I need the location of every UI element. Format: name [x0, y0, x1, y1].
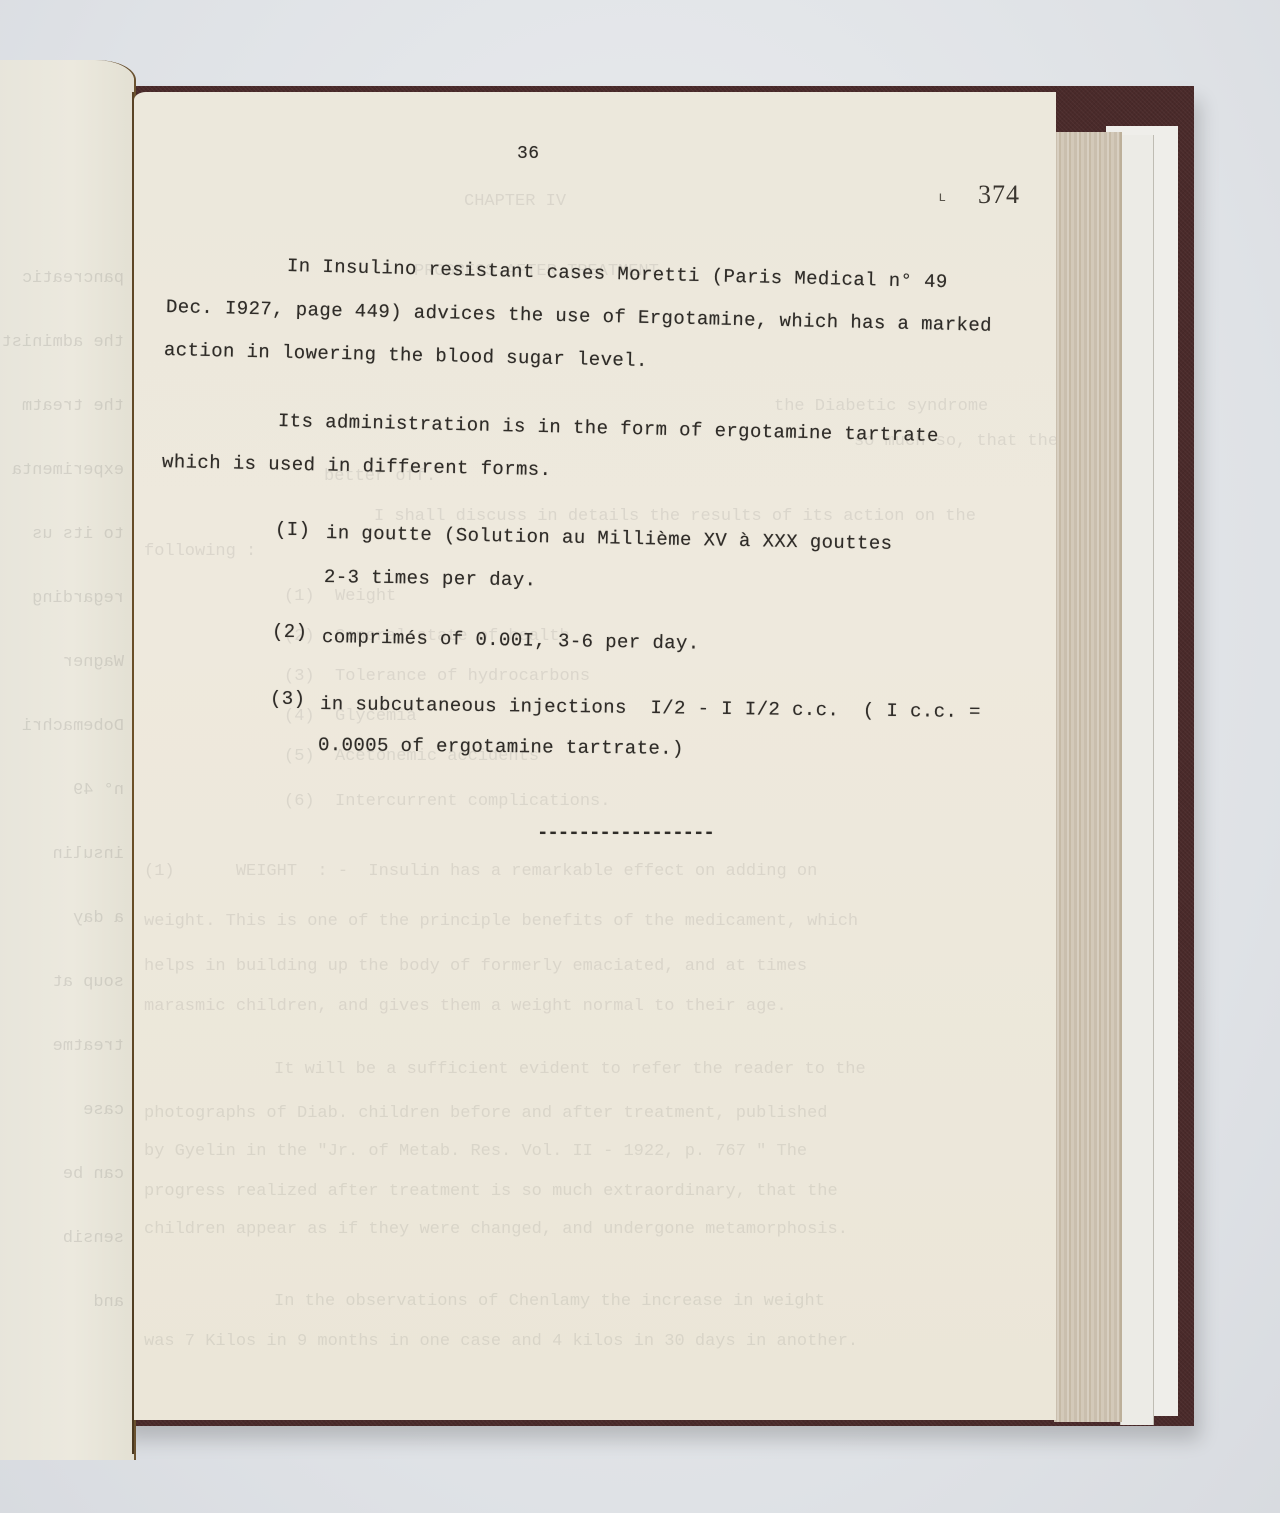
show-through-line: the Diabetic syndrome: [774, 397, 988, 416]
show-through-line: weight. This is one of the principle ben…: [144, 912, 858, 931]
show-through-line: (3) Tolerance of hydrocarbons: [284, 667, 590, 686]
left-show-through-line: pancreatic: [22, 270, 124, 287]
show-through-line: following :: [144, 542, 256, 561]
show-through-line: marasmic children, and gives them a weig…: [144, 997, 787, 1016]
show-through-line: by Gyelin in the "Jr. of Metab. Res. Vol…: [144, 1142, 807, 1161]
page-number: 36: [517, 144, 539, 164]
list-marker: (2): [272, 621, 307, 643]
show-through-line: progress realized after treatment is so …: [144, 1182, 838, 1201]
left-show-through-line: regarding: [32, 590, 124, 607]
show-through-line: (1) Weight: [284, 587, 396, 606]
show-through-line: In the observations of Chenlamy the incr…: [274, 1292, 825, 1311]
list-marker: (3): [270, 688, 305, 710]
left-show-through-line: sensib: [63, 1230, 124, 1247]
book-photograph: pancreaticthe administthe treatmexperime…: [0, 0, 1280, 1513]
left-show-through-line: to its us: [32, 526, 124, 543]
show-through-line: It will be a sufficient evident to refer…: [274, 1060, 866, 1079]
left-page: pancreaticthe administthe treatmexperime…: [0, 60, 134, 1460]
list-marker: (I): [275, 519, 310, 541]
left-show-through-line: the administ: [2, 334, 124, 351]
left-show-through-line: case: [83, 1102, 124, 1119]
left-show-through-line: Dobemachri: [22, 718, 124, 735]
left-show-through-line: can be: [63, 1166, 124, 1183]
left-show-through-line: experimenta: [12, 462, 124, 479]
left-show-through-line: and: [93, 1294, 124, 1311]
stamped-folio-number: 374: [978, 180, 1020, 210]
inserted-sheet-edge: [1120, 135, 1154, 1425]
show-through-line: children appear as if they were changed,…: [144, 1220, 848, 1239]
left-show-through-line: soup at: [53, 974, 124, 991]
show-through-line: was 7 Kilos in 9 months in one case and …: [144, 1332, 858, 1351]
section-separator: -----------------: [537, 822, 714, 844]
left-show-through-line: n° 49: [73, 782, 124, 799]
show-through-line: I shall discuss in details the results o…: [374, 507, 976, 526]
folio-mark: ʟ: [938, 190, 946, 206]
left-show-through-line: a day: [73, 910, 124, 927]
left-show-through-line: the treatm: [22, 398, 124, 415]
show-through-line: photographs of Diab. children before and…: [144, 1104, 828, 1123]
show-through-line: (6) Intercurrent complications.: [284, 792, 610, 811]
left-show-through-line: treatme: [53, 1038, 124, 1055]
list-text: 2-3 times per day.: [324, 566, 537, 591]
left-show-through-line: insulin: [53, 846, 124, 863]
gutter: [132, 92, 134, 1454]
show-through-line: helps in building up the body of formerl…: [144, 957, 807, 976]
show-through-line: (1) WEIGHT : - Insulin has a remarkable …: [144, 862, 817, 881]
left-show-through-line: Wagner: [63, 654, 124, 671]
page-stack-edge: [1054, 132, 1122, 1422]
list-text: 0.0005 of ergotamine tartrate.): [318, 734, 684, 760]
show-through-line: CHAPTER IV: [464, 192, 566, 211]
